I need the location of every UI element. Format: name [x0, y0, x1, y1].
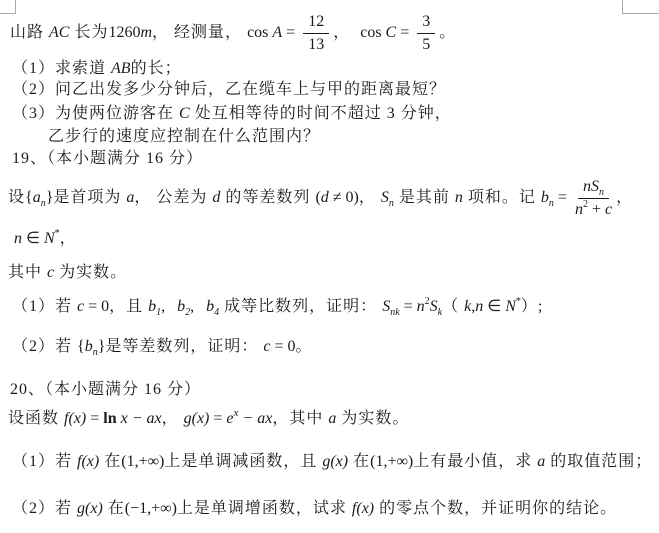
cn-text: ， — [616, 189, 633, 206]
cn-text: （1）若 — [12, 453, 77, 470]
fraction-12-13: 1213 — [303, 12, 329, 53]
math-subscript-nk: nk — [390, 307, 399, 318]
cn-text: 20、（本小题满分 16 分） — [10, 381, 201, 398]
math-var-a: a — [33, 189, 41, 206]
p18-q2-line: （2）问乙出发多少分钟后，乙在缆车上与甲的距离最短？ — [12, 80, 446, 100]
math-number: 1260 — [108, 24, 140, 41]
math-equals: = — [396, 24, 413, 41]
cn-text: 设函数 — [8, 410, 64, 427]
math-var-S: S — [382, 298, 390, 315]
cn-text: （2）问乙出发多少分钟后，乙在缆车上与甲的距离最短？ — [12, 81, 446, 98]
math-func-fx: f(x) — [64, 410, 86, 427]
math-var-S: S — [381, 189, 389, 206]
cn-text: 乙步行的速度应控制在什么范围内？ — [48, 128, 320, 145]
cn-text: 的长； — [131, 60, 182, 77]
math-var-c: c — [605, 201, 612, 218]
cn-text: 的等差数列 — [220, 189, 315, 206]
math-var-b: b — [177, 298, 185, 315]
cn-text: （1）求索道 — [12, 60, 111, 77]
p18-q3-line: （3）为使两位游客在 C 处互相等待的时间不超过 3 分钟， — [12, 104, 452, 124]
math-var-AC: AC — [49, 24, 69, 41]
fraction-numerator: 3 — [417, 12, 435, 34]
document-page: 山路 AC 长为1260m， 经测量， cos A = 1213， cos C … — [0, 0, 659, 533]
math-interval: (−1,+∞) — [125, 500, 177, 517]
cn-text: 为实数。 — [336, 410, 409, 427]
cn-text: （2）若 — [12, 500, 77, 517]
fraction-3-5: 35 — [417, 12, 435, 53]
p19-heading: 19、（本小题满分 16 分） — [12, 149, 203, 169]
cn-text: 。 — [296, 338, 313, 355]
p20-heading: 20、（本小题满分 16 分） — [10, 380, 201, 400]
math-equals: = — [209, 410, 226, 427]
p19-setup-line: 设{an}是首项为 a， 公差为 d 的等差数列 (d ≠ 0)， Sn 是其前… — [8, 176, 633, 220]
page-boundary-corner-top-right — [622, 0, 659, 14]
cn-text: 上是单调减函数，且 — [164, 453, 322, 470]
math-var-A: A — [272, 24, 282, 41]
math-equals: = — [400, 298, 417, 315]
fraction-nSn-n2c: nSnn2 + c — [575, 177, 612, 218]
cn-text: 是首项为 — [53, 189, 126, 206]
cn-text: 的零点个数，并证明你的结论。 — [374, 500, 617, 517]
fraction-numerator: nSn — [578, 177, 609, 199]
cn-text: 在 — [103, 500, 125, 517]
math-var-S: S — [430, 298, 438, 315]
cn-text: 项和。记 — [463, 189, 541, 206]
math-var-m: m — [140, 24, 152, 41]
math-var-n: n — [417, 298, 425, 315]
text-run: 。 — [439, 23, 456, 43]
cn-text: 为实数。 — [54, 264, 127, 281]
fraction-denominator: 13 — [308, 34, 324, 54]
math-plus: + — [588, 201, 605, 218]
math-func-cos: cos — [360, 24, 385, 41]
p19-q1-line: （1）若 c = 0，且 b1, b2, b4 成等比数列，证明： Snk = … — [12, 297, 543, 317]
cn-text: 的取值范围； — [545, 453, 652, 470]
math-func-fx: f(x) — [77, 453, 99, 470]
math-var-n: n — [14, 230, 22, 247]
p20-setup-line: 设函数 f(x) = ln x − ax， g(x) = ex − ax，其中 … — [8, 409, 409, 429]
p19-setup2-line: n ∈ N*， — [14, 229, 77, 249]
cn-text: 在 — [348, 453, 370, 470]
p20-q2-line: （2）若 g(x) 在(−1,+∞)上是单调增函数，试求 f(x) 的零点个数，… — [12, 499, 617, 519]
cn-text: 山路 — [10, 24, 49, 41]
p18-q1-line: （1）求索道 AB的长； — [12, 59, 182, 79]
fraction-numerator: 12 — [303, 12, 329, 34]
text-run: 设{an}是首项为 a， 公差为 d 的等差数列 (d ≠ 0)， Sn 是其前… — [8, 188, 571, 208]
cn-text: （ — [442, 298, 464, 315]
math-func-gx: g(x) — [184, 410, 210, 427]
math-interval: (1,+∞) — [370, 453, 413, 470]
cn-text: （2）若 — [12, 338, 77, 355]
math-var-b: b — [206, 298, 214, 315]
text-run: ， — [616, 188, 633, 208]
math-element-of: ∈ — [483, 298, 505, 315]
math-equals: = — [282, 24, 299, 41]
cn-text: ， — [333, 24, 360, 41]
cn-text: ， — [60, 230, 77, 247]
math-comma: , — [190, 297, 206, 317]
text-run: 山路 AC 长为1260m， 经测量， cos A = — [10, 23, 299, 43]
cn-text: 是其前 — [394, 189, 455, 206]
math-equals-zero: = 0 — [271, 338, 296, 355]
math-func-gx: g(x) — [77, 500, 103, 517]
p18-intro-line: 山路 AC 长为1260m， 经测量， cos A = 1213， cos C … — [10, 10, 456, 56]
cn-text: 设 — [8, 189, 25, 206]
math-var-b: b — [541, 189, 549, 206]
cn-text: 处互相等待的时间不超过 3 分钟， — [190, 105, 452, 122]
cn-text: （1）若 — [12, 298, 77, 315]
math-brace: { — [77, 338, 85, 355]
p18-q3-continuation-line: 乙步行的速度应控制在什么范围内？ — [48, 127, 320, 147]
math-equals-zero: = 0 — [84, 298, 109, 315]
math-var-C: C — [179, 105, 190, 122]
cn-text: ，且 — [109, 298, 148, 315]
cn-text: ， — [359, 189, 381, 206]
math-expr: x − ax — [117, 409, 162, 429]
math-equals: = — [86, 410, 103, 427]
p19-q2-line: （2）若 {bn}是等差数列，证明： c = 0。 — [12, 337, 313, 357]
math-func-gx: g(x) — [322, 453, 348, 470]
math-var-b: b — [148, 298, 156, 315]
math-var-N: N — [44, 230, 55, 247]
math-element-of: ∈ — [22, 230, 44, 247]
math-var-C: C — [386, 24, 397, 41]
text-run: ， cos C = — [333, 23, 413, 43]
math-comma: , — [161, 297, 177, 317]
cn-text: （3）为使两位游客在 — [12, 105, 179, 122]
cn-text: 上有最小值，求 — [413, 453, 537, 470]
math-var-e: e — [226, 410, 233, 427]
cn-text: ， — [162, 410, 184, 427]
math-var-n: n — [455, 189, 463, 206]
p19-setup3-line: 其中 c 为实数。 — [8, 263, 127, 283]
fraction-denominator: n2 + c — [575, 199, 612, 219]
math-var-b: b — [85, 338, 93, 355]
cn-text: 是等差数列，证明： — [105, 338, 263, 355]
math-var-AB: AB — [111, 60, 131, 77]
cn-text: 19、（本小题满分 16 分） — [12, 150, 203, 167]
math-func-cos: cos — [247, 24, 272, 41]
cn-text: 成等比数列，证明： — [219, 298, 382, 315]
cn-text: ）; — [521, 298, 543, 315]
cn-text: 其中 — [8, 264, 47, 281]
math-interval: (1,+∞) — [121, 453, 164, 470]
cn-text: 上是单调增函数，试求 — [177, 500, 352, 517]
math-var-d: d — [321, 189, 329, 206]
cn-text: ，其中 — [272, 410, 328, 427]
math-var-nS: nS — [583, 178, 599, 195]
cn-text: ， 经测量， — [152, 24, 247, 41]
math-not-equal-zero: ≠ 0) — [329, 189, 359, 206]
cn-text: ， 公差为 — [134, 189, 212, 206]
fraction-denominator: 5 — [422, 34, 430, 54]
cn-text: 长为 — [69, 24, 108, 41]
math-var-n: n — [575, 201, 583, 218]
p20-q1-line: （1）若 f(x) 在(1,+∞)上是单调减函数，且 g(x) 在(1,+∞)上… — [12, 452, 652, 472]
cn-text: 在 — [99, 453, 121, 470]
cn-text: 。 — [439, 24, 456, 41]
math-func-fx: f(x) — [352, 500, 374, 517]
math-func-ln: ln — [103, 410, 116, 427]
math-subscript-n: n — [599, 187, 604, 198]
math-var-N: N — [505, 298, 516, 315]
math-expr: − ax — [238, 409, 272, 429]
math-equals: = — [554, 189, 571, 206]
math-var-c: c — [263, 338, 270, 355]
math-brace: { — [25, 189, 33, 206]
